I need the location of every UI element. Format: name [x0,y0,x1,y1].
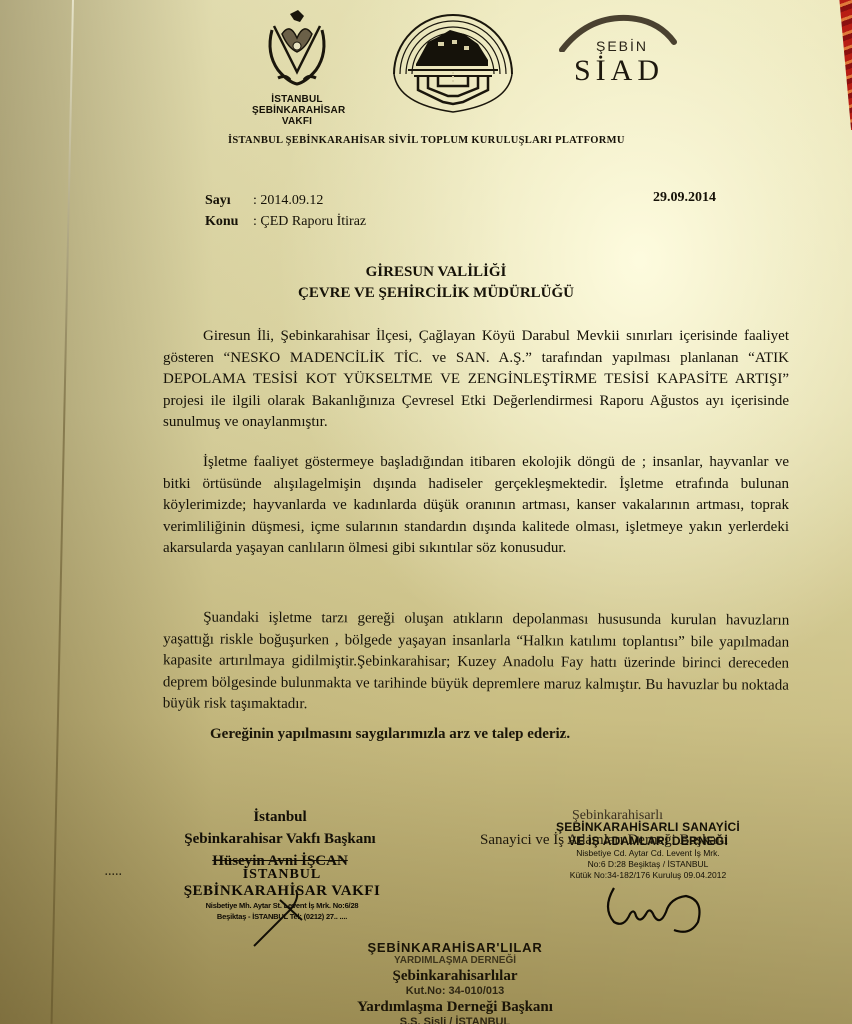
recipient-line-2: ÇEVRE VE ŞEHİRCİLİK MÜDÜRLÜĞÜ [20,283,852,304]
stamp-bottom-line-4: Ş.S. Şişli / İSTANBUL [330,1016,580,1024]
recipient-line-1: GİRESUN VALİLİĞİ [20,262,852,283]
vakfi-logo-line-2: ŞEBİNKARAHİSAR [252,105,342,116]
istanbul-sebinkarahisar-vakfi-logo: İSTANBUL ŞEBİNKARAHİSAR VAKFI [252,8,342,127]
vakfi-logo-line-3: VAKFI [252,116,342,127]
subject-row: Konu: ÇED Raporu İtiraz [205,211,366,232]
closing-line: Gereğinin yapılmasını saygılarımızla arz… [170,724,796,746]
platform-title: İSTANBUL ŞEBİNKARAHİSAR SİVİL TOPLUM KUR… [228,135,625,146]
letter-document: İSTANBUL ŞEBİNKARAHİSAR VAKFI ŞEBİN SİAD [0,0,852,1024]
body-paragraph-2: İşletme faaliyet göstermeye başladığında… [163,452,789,560]
stamp-bottom-line-1: ŞEBİNKARAHİSAR'LILAR [330,940,580,955]
recipient-heading: GİRESUN VALİLİĞİ ÇEVRE VE ŞEHİRCİLİK MÜD… [0,262,852,304]
body-paragraph-1: Giresun İli, Şebinkarahisar İlçesi, Çağl… [163,326,789,434]
reference-number-value: : 2014.09.12 [253,193,323,208]
signature-right-scribble-icon [600,878,710,938]
signature-left-stroke-icon [250,880,320,950]
vakfi-logo-line-1: İSTANBUL [252,94,342,105]
siad-logo-small-text: ŞEBİN [596,38,648,54]
signature-block-vakfi: İstanbul Şebinkarahisar Vakfı Başkanı Hü… [165,806,395,872]
stamp-siad-line-3: Nisbetiye Cd. Aytar Cd. Levent İş Mrk. [538,848,758,859]
stamp-siad-line-4: No:6 D:28 Beşiktaş / İSTANBUL [538,859,758,870]
stamp-bottom-line-3: Kut.No: 34-010/013 [330,985,580,998]
sebin-siad-logo: ŞEBİN SİAD [558,12,678,92]
reference-number-label: Sayı [205,190,253,211]
vakfi-emblem-icon [260,8,334,88]
subject-value: : ÇED Raporu İtiraz [253,214,366,229]
stamp-siad: ŞEBİNKARAHİSARLI SANAYİCİ VE İŞ ADAMLARI… [538,820,758,881]
siad-logo-big-text: SİAD [574,54,664,88]
signature-bottom-line-1: Şebinkarahisarlılar [330,967,580,985]
stamp-siad-line-1: ŞEBİNKARAHİSARLI SANAYİCİ [538,820,758,834]
signature-left-line-2: Şebinkarahisar Vakfı Başkanı [165,828,395,850]
sebinkarahisarlilar-yardimlasma-dernegi-logo [388,4,518,114]
dernek-emblem-icon [388,4,518,114]
stamp-siad-line-2: VE İŞ ADAMLARI DERNEĞİ [538,834,758,848]
letter-meta: Sayı: 2014.09.12 Konu: ÇED Raporu İtiraz [205,190,366,232]
body-paragraph-3: Şuandaki işletme tarzı gereği oluşan atı… [163,607,790,718]
signature-bottom-line-2: Yardımlaşma Derneği Başkanı [330,998,580,1016]
signature-left-line-1: İstanbul [165,806,395,828]
stamp-yardimlasma-dernegi: ŞEBİNKARAHİSAR'LILAR YARDIMLAŞMA DERNEĞİ… [330,940,580,1024]
stamp-bottom-line-2: YARDIMLAŞMA DERNEĞİ [330,955,580,967]
signature-dots: ..... [105,867,123,878]
letter-date: 29.09.2014 [653,190,716,206]
subject-label: Konu [205,211,253,232]
reference-number-row: Sayı: 2014.09.12 [205,190,366,211]
